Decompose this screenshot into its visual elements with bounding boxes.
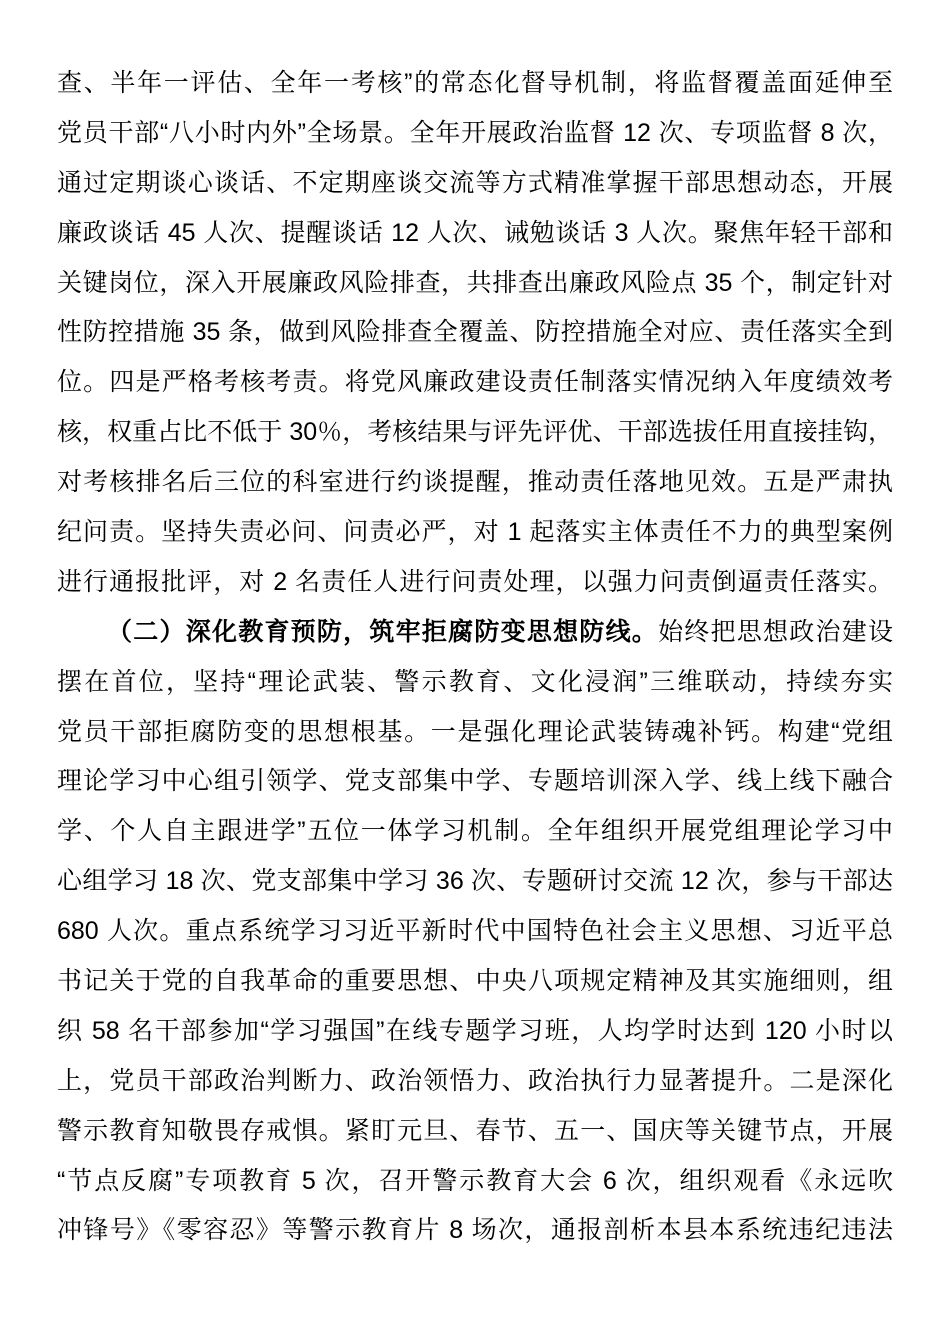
document-line: 书记关于党的自我革命的重要思想、中央八项规定精神及其实施细则，组	[57, 957, 893, 1007]
document-line: 680 人次。重点系统学习习近平新时代中国特色社会主义思想、习近平总	[57, 907, 893, 957]
text-segment: 进行通报批评，对 2 名责任人进行问责处理，以强力问责倒逼责任落实。	[57, 568, 893, 596]
text-segment: 织 58 名干部参加“学习强国”在线专题学习班，人均学时达到 120 小时以	[57, 1017, 893, 1045]
document-line: 理论学习中心组引领学、党支部集中学、专题培训深入学、线上线下融合	[57, 757, 893, 807]
document-line: 关键岗位，深入开展廉政风险排查，共排查出廉政风险点 35 个，制定针对	[57, 259, 893, 309]
document-line: 学、个人自主跟进学”五位一体学习机制。全年组织开展党组理论学习中	[57, 807, 893, 857]
text-segment: 680 人次。重点系统学习习近平新时代中国特色社会主义思想、习近平总	[57, 917, 893, 945]
text-segment: 心组学习 18 次、党支部集中学习 36 次、专题研讨交流 12 次，参与干部达	[57, 867, 893, 895]
document-line: 心组学习 18 次、党支部集中学习 36 次、专题研讨交流 12 次，参与干部达	[57, 857, 893, 907]
text-segment: 党员干部“八小时内外”全场景。全年开展政治监督 12 次、专项监督 8 次，	[57, 119, 893, 147]
document-line: 纪问责。坚持失责必问、问责必严，对 1 起落实主体责任不力的典型案例	[57, 508, 893, 558]
text-segment: 上，党员干部政治判断力、政治领悟力、政治执行力显著提升。二是深化	[57, 1067, 893, 1095]
document-line: 廉政谈话 45 人次、提醒谈话 12 人次、诫勉谈话 3 人次。聚焦年轻干部和	[57, 209, 893, 259]
text-segment: 书记关于党的自我革命的重要思想、中央八项规定精神及其实施细则，组	[57, 967, 893, 995]
text-segment: 纪问责。坚持失责必问、问责必严，对 1 起落实主体责任不力的典型案例	[57, 518, 893, 546]
section-heading: （二）深化教育预防，筑牢拒腐防变思想防线。	[107, 618, 658, 646]
document-line: 性防控措施 35 条，做到风险排查全覆盖、防控措施全对应、责任落实全到	[57, 308, 893, 358]
text-segment: 摆在首位，坚持“理论武装、警示教育、文化浸润”三维联动，持续夯实	[57, 668, 893, 696]
text-segment: 对考核排名后三位的科室进行约谈提醒，推动责任落地见效。五是严肃执	[57, 468, 893, 496]
document-line: 党员干部“八小时内外”全场景。全年开展政治监督 12 次、专项监督 8 次，	[57, 109, 893, 159]
text-segment: “节点反腐”专项教育 5 次，召开警示教育大会 6 次，组织观看《永远吹	[57, 1167, 893, 1195]
document-line: 冲锋号》《零容忍》等警示教育片 8 场次，通报剖析本县本系统违纪违法	[57, 1206, 893, 1256]
document-line: （二）深化教育预防，筑牢拒腐防变思想防线。始终把思想政治建设	[57, 608, 893, 658]
document-line: 位。四是严格考核考责。将党风廉政建设责任制落实情况纳入年度绩效考	[57, 358, 893, 408]
document-line: 通过定期谈心谈话、不定期座谈交流等方式精准掌握干部思想动态，开展	[57, 159, 893, 209]
text-segment: 学、个人自主跟进学”五位一体学习机制。全年组织开展党组理论学习中	[57, 817, 893, 845]
document-line: 查、半年一评估、全年一考核”的常态化督导机制，将监督覆盖面延伸至	[57, 59, 893, 109]
document-page: 查、半年一评估、全年一考核”的常态化督导机制，将监督覆盖面延伸至党员干部“八小时…	[0, 0, 950, 1344]
document-line: 党员干部拒腐防变的思想根基。一是强化理论武装铸魂补钙。构建“党组	[57, 708, 893, 758]
text-segment: 始终把思想政治建设	[658, 618, 893, 646]
document-line: 摆在首位，坚持“理论武装、警示教育、文化浸润”三维联动，持续夯实	[57, 658, 893, 708]
document-line: 织 58 名干部参加“学习强国”在线专题学习班，人均学时达到 120 小时以	[57, 1007, 893, 1057]
text-segment: 警示教育知敬畏存戒惧。紧盯元旦、春节、五一、国庆等关键节点，开展	[57, 1117, 893, 1145]
text-segment: 核，权重占比不低于 30％，考核结果与评先评优、干部选拔任用直接挂钩，	[57, 418, 893, 446]
text-segment: 理论学习中心组引领学、党支部集中学、专题培训深入学、线上线下融合	[57, 767, 893, 795]
text-segment: 查、半年一评估、全年一考核”的常态化督导机制，将监督覆盖面延伸至	[57, 69, 893, 97]
document-line: 进行通报批评，对 2 名责任人进行问责处理，以强力问责倒逼责任落实。	[57, 558, 893, 608]
document-line: 警示教育知敬畏存戒惧。紧盯元旦、春节、五一、国庆等关键节点，开展	[57, 1107, 893, 1157]
text-segment: 通过定期谈心谈话、不定期座谈交流等方式精准掌握干部思想动态，开展	[57, 169, 893, 197]
text-segment: 性防控措施 35 条，做到风险排查全覆盖、防控措施全对应、责任落实全到	[57, 318, 893, 346]
text-segment: 廉政谈话 45 人次、提醒谈话 12 人次、诫勉谈话 3 人次。聚焦年轻干部和	[57, 219, 893, 247]
text-segment: 位。四是严格考核考责。将党风廉政建设责任制落实情况纳入年度绩效考	[57, 368, 893, 396]
text-segment: 关键岗位，深入开展廉政风险排查，共排查出廉政风险点 35 个，制定针对	[57, 269, 893, 297]
document-line: 对考核排名后三位的科室进行约谈提醒，推动责任落地见效。五是严肃执	[57, 458, 893, 508]
document-line: “节点反腐”专项教育 5 次，召开警示教育大会 6 次，组织观看《永远吹	[57, 1157, 893, 1207]
document-line: 核，权重占比不低于 30％，考核结果与评先评优、干部选拔任用直接挂钩，	[57, 408, 893, 458]
text-segment: 冲锋号》《零容忍》等警示教育片 8 场次，通报剖析本县本系统违纪违法	[57, 1216, 893, 1244]
document-line: 上，党员干部政治判断力、政治领悟力、政治执行力显著提升。二是深化	[57, 1057, 893, 1107]
text-segment: 党员干部拒腐防变的思想根基。一是强化理论武装铸魂补钙。构建“党组	[57, 718, 893, 746]
